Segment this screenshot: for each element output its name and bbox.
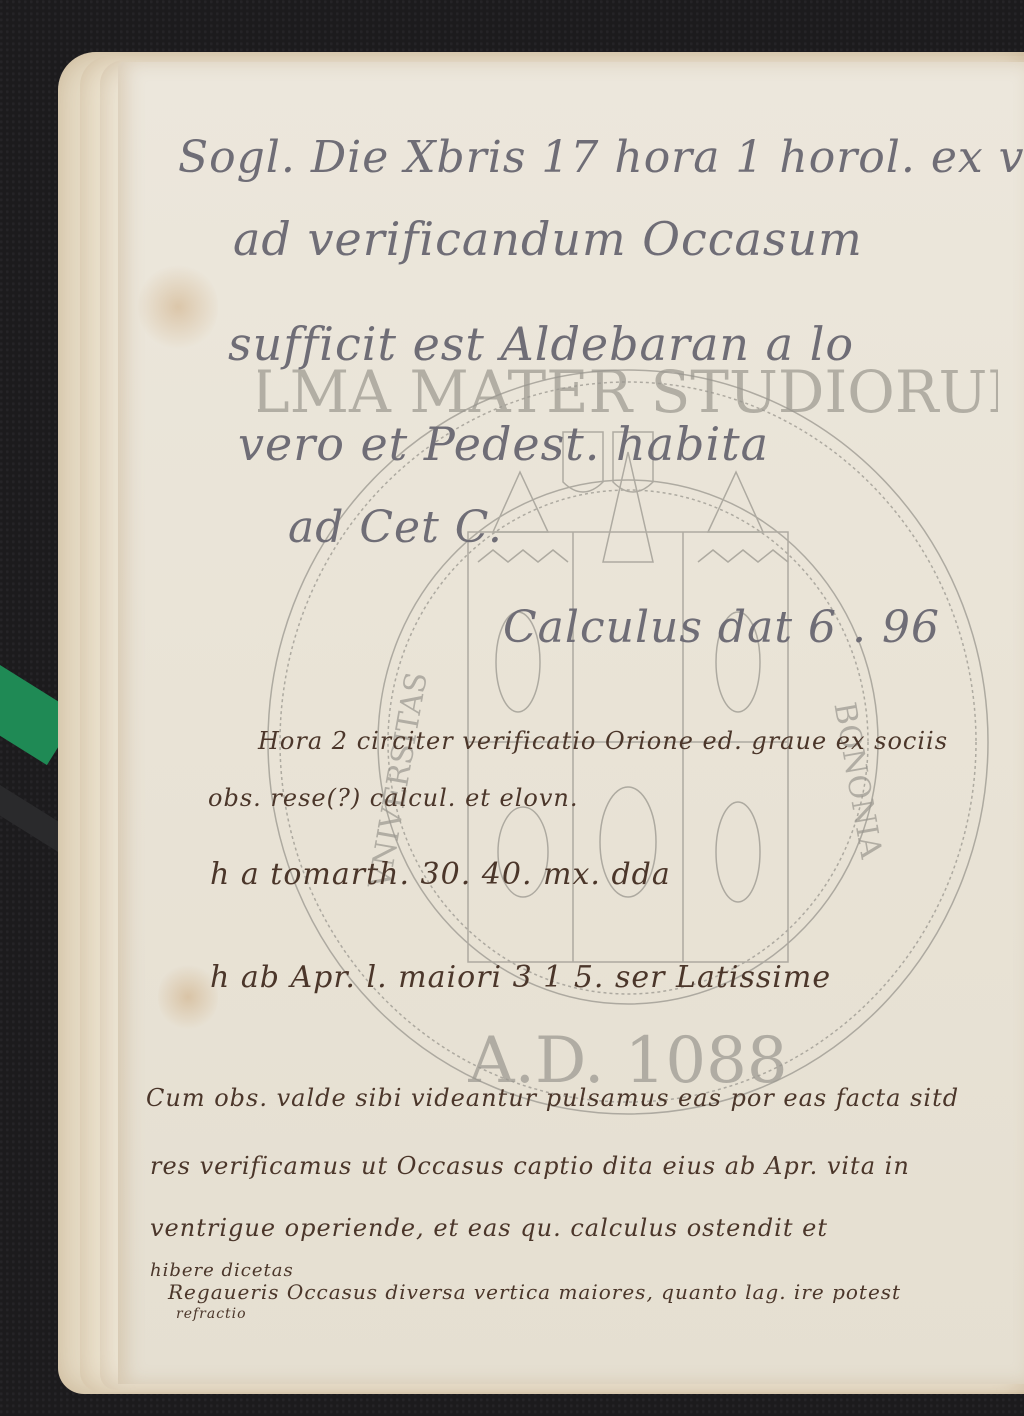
foxing-stain: [158, 962, 218, 1032]
ink-line-3: h a tomarth. 30. 40. mx. dda: [210, 857, 671, 892]
pencil-line-6: Calculus dat 6 . 96: [503, 602, 940, 653]
pencil-line-4: vero et Pedest. habita: [238, 417, 769, 471]
svg-text:BONONIA: BONONIA: [826, 700, 888, 862]
ink-line-9: Regaueris Occasus diversa vertica maiore…: [168, 1280, 901, 1304]
manuscript-page: ALMA MATER STUDIORUM A.D. 1088 VNIVERSIT…: [118, 62, 1024, 1384]
ink-line-10: refractio: [176, 1306, 247, 1322]
pencil-line-5: ad Cet C.: [288, 502, 503, 553]
ink-line-5: Cum obs. valde sibi videantur pulsamus e…: [146, 1084, 959, 1112]
pencil-line-2: ad verificandum Occasum: [233, 212, 863, 266]
ink-line-7: ventrigue operiende, et eas qu. calculus…: [150, 1214, 828, 1242]
pencil-line-1: Sogl. Die Xbris 17 hora 1 horol. ex vero: [178, 132, 1024, 183]
foxing-stain: [138, 262, 218, 352]
ink-line-4: h ab Apr. l. maiori 3 1 5. ser Latissime: [210, 960, 831, 995]
ink-line-6: res verificamus ut Occasus captio dita e…: [150, 1152, 910, 1180]
ink-line-1: Hora 2 circiter verificatio Orione ed. g…: [258, 727, 948, 755]
ink-line-2: obs. rese(?) calcul. et elovn.: [208, 784, 579, 812]
pencil-line-3: sufficit est Aldebaran a lo: [228, 317, 854, 371]
ink-line-8: hibere dicetas: [150, 1260, 294, 1281]
